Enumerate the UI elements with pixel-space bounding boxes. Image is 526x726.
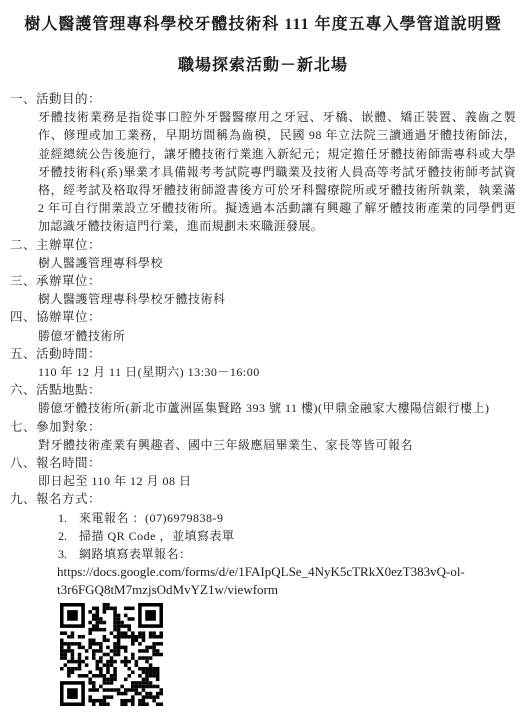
document-body: 一、活動目的： 牙體技術業務是指從事口腔外牙醫醫療用之牙冠、牙橋、嵌體、矯正裝置… <box>10 90 516 706</box>
section-heading: 三、承辦單位： <box>10 272 516 290</box>
list-number: 2. <box>58 527 79 545</box>
activity-time-value: 110 年 12 月 11 日(星期六) 13:30－16:00 <box>38 363 516 381</box>
section-heading: 八、報名時間： <box>10 454 516 472</box>
organizer-name: 樹人醫護管理專科學校 <box>38 254 516 272</box>
section-assisting-unit: 四、協辦單位： 勝億牙體技術所 <box>10 308 516 344</box>
section-co-organizer: 三、承辦單位： 樹人醫護管理專科學校牙體技術科 <box>10 272 516 308</box>
document-title-line1: 樹人醫護管理專科學校牙體技術科 111 年度五專入學管道說明暨 <box>10 14 516 36</box>
section-heading: 五、活動時間： <box>10 345 516 363</box>
section-organizer: 二、主辦單位： 樹人醫護管理專科學校 <box>10 236 516 272</box>
qr-code-image <box>60 603 163 706</box>
document-title-line2: 職場探索活動－新北場 <box>10 55 516 77</box>
registration-method-qr: 2.掃描 QR Code ，並填寫表單 <box>58 527 516 545</box>
document-page: 樹人醫護管理專科學校牙體技術科 111 年度五專入學管道說明暨 職場探索活動－新… <box>0 0 526 726</box>
registration-form-url-line2[interactable]: t3r6FGQ8tM7mzjsOdMvYZ1w/viewform <box>57 581 516 599</box>
registration-method-phone: 1.來電報名 ：(07)6979838-9 <box>58 509 516 527</box>
section-heading: 四、協辦單位： <box>10 308 516 326</box>
section-activity-location: 六、活點地點： 勝億牙體技術所(新北市蘆洲區集賢路 393 號 11 樓)(甲鼎… <box>10 381 516 417</box>
list-number: 1. <box>58 509 79 527</box>
activity-purpose-paragraph: 牙體技術業務是指從事口腔外牙醫醫療用之牙冠、牙橋、嵌體、矯正裝置、義齒之製作、修… <box>38 108 516 235</box>
registration-method-qr-text: 掃描 QR Code ，並填寫表單 <box>79 529 235 543</box>
co-organizer-name: 樹人醫護管理專科學校牙體技術科 <box>38 290 516 308</box>
section-participants: 七、參加對象： 對牙體技術產業有興趣者、國中三年級應屆畢業生、家長等皆可報名 <box>10 418 516 454</box>
assisting-unit-name: 勝億牙體技術所 <box>38 327 516 345</box>
registration-form-url-line1[interactable]: https://docs.google.com/forms/d/e/1FAIpQ… <box>57 563 516 581</box>
registration-period-value: 即日起至 110 年 12 月 08 日 <box>38 472 516 490</box>
section-activity-time: 五、活動時間： 110 年 12 月 11 日(星期六) 13:30－16:00 <box>10 345 516 381</box>
registration-method-web: 3.網路填寫表單報名： <box>58 545 516 563</box>
section-heading: 二、主辦單位： <box>10 236 516 254</box>
section-heading: 九、報名方式： <box>10 490 516 508</box>
activity-location-value: 勝億牙體技術所(新北市蘆洲區集賢路 393 號 11 樓)(甲鼎金融家大樓陽信銀… <box>38 399 516 417</box>
section-heading: 七、參加對象： <box>10 418 516 436</box>
list-number: 3. <box>58 545 79 563</box>
registration-method-phone-text: 來電報名 ：(07)6979838-9 <box>79 511 224 525</box>
registration-method-web-text: 網路填寫表單報名： <box>79 547 192 561</box>
section-registration-methods: 九、報名方式： 1.來電報名 ：(07)6979838-9 2.掃描 QR Co… <box>10 490 516 705</box>
section-heading: 六、活點地點： <box>10 381 516 399</box>
section-heading: 一、活動目的： <box>10 90 516 108</box>
section-activity-purpose: 一、活動目的： 牙體技術業務是指從事口腔外牙醫醫療用之牙冠、牙橋、嵌體、矯正裝置… <box>10 90 516 236</box>
section-registration-period: 八、報名時間： 即日起至 110 年 12 月 08 日 <box>10 454 516 490</box>
participants-value: 對牙體技術產業有興趣者、國中三年級應屆畢業生、家長等皆可報名 <box>38 436 516 454</box>
